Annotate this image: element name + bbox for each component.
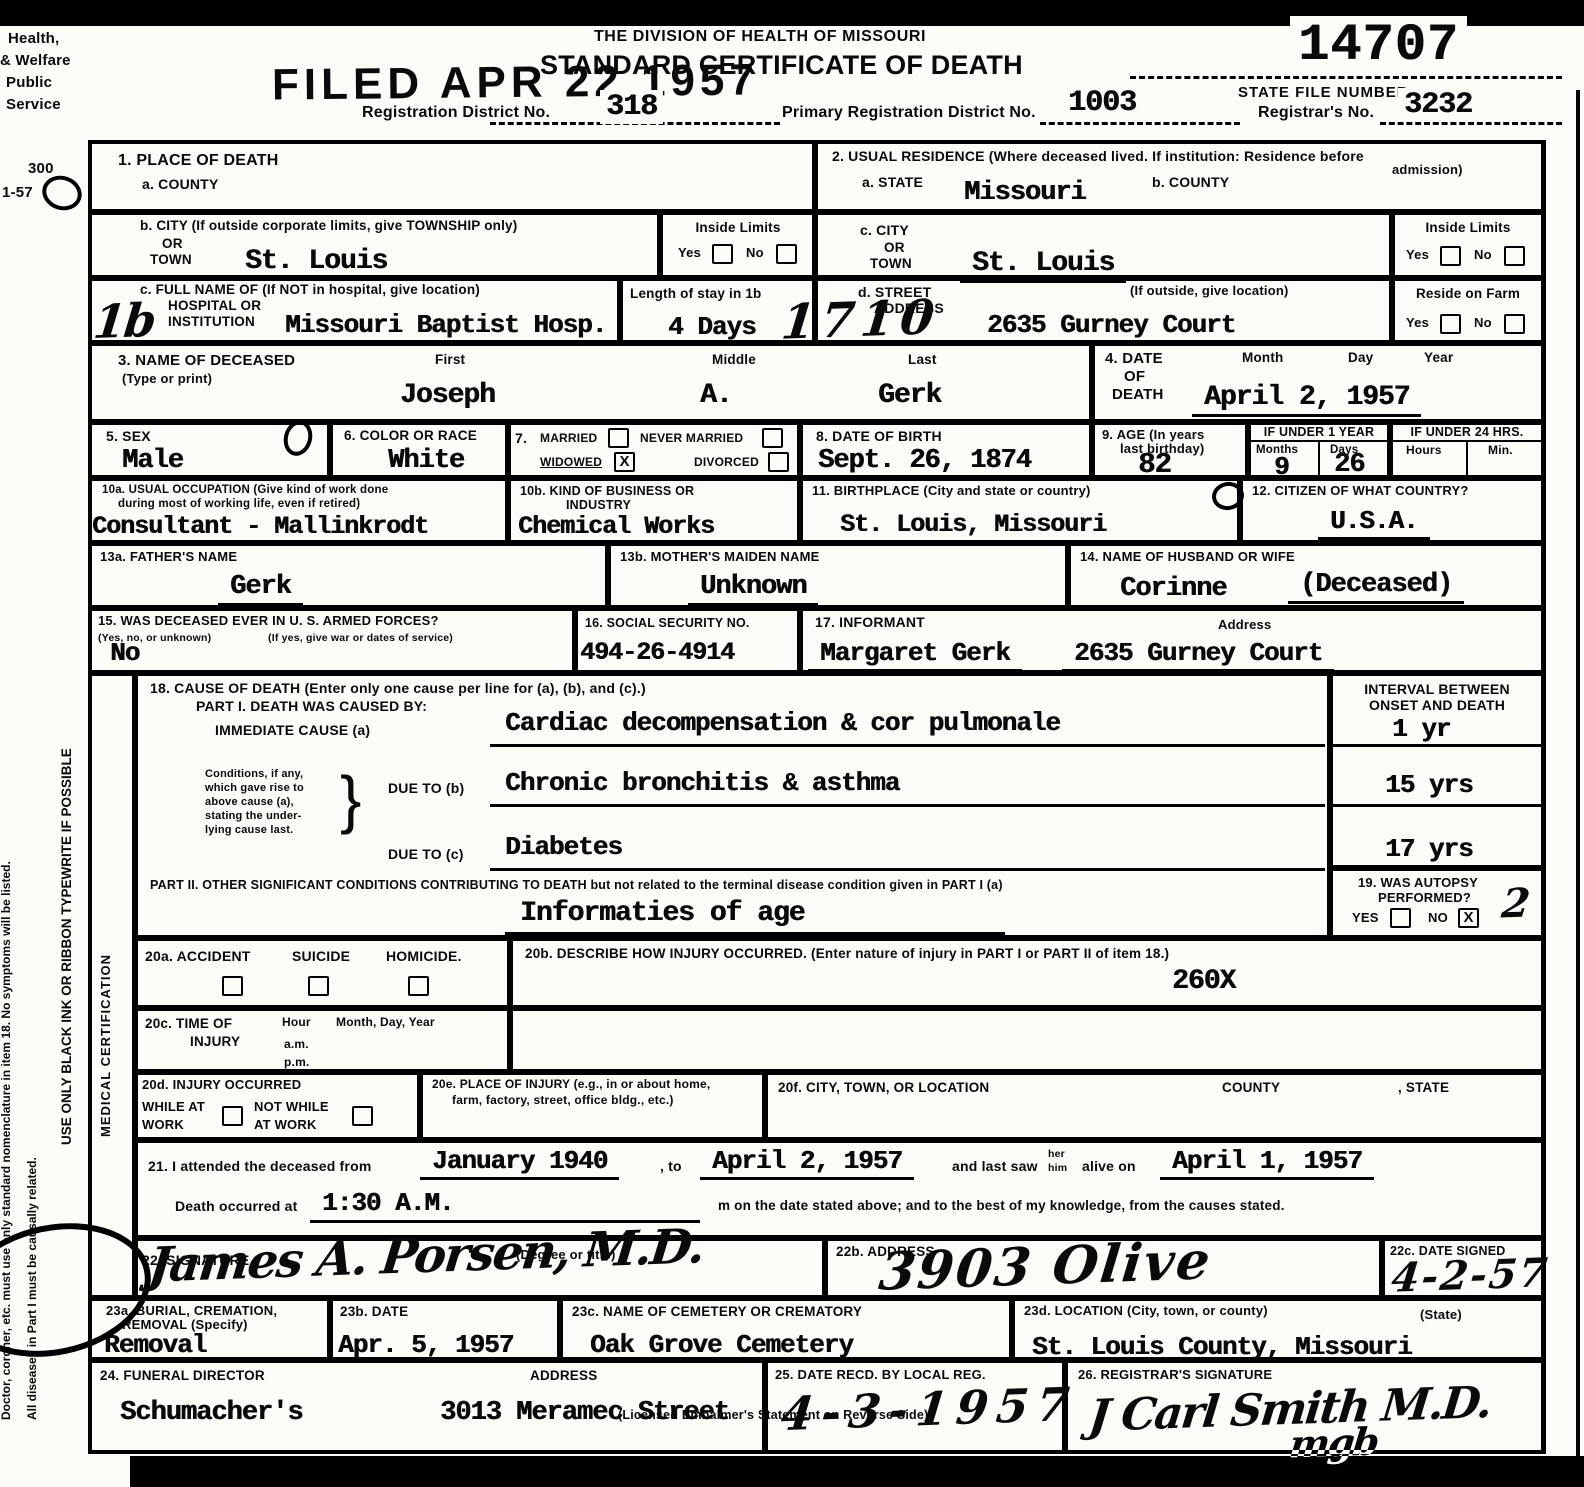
at-work-label: AT WORK [254,1118,317,1133]
hour-label: Hour [282,1016,311,1030]
last-saw-label: and last saw [952,1158,1038,1174]
length-of-stay-label: Length of stay in 1b [630,286,762,302]
interval-c-value: 17 yrs [1385,834,1473,864]
never-married-label: NEVER MARRIED [640,432,743,446]
primary-reg-label: Primary Registration District No. [782,104,1036,122]
residence-city-value: St. Louis [960,248,1126,283]
inside-limits-label: Inside Limits [672,220,804,236]
handwritten-1b: 1b [91,293,157,349]
county-label: a. COUNTY [142,176,218,192]
work-label: WORK [142,1118,184,1133]
attended-from-value: January 1940 [420,1146,619,1180]
yes-label-upper: YES [1352,911,1379,926]
age-value: 82 [1138,448,1171,481]
inside-limits-label-2: Inside Limits [1398,220,1538,236]
residence-limits-yes-checkbox [1440,246,1461,266]
cause-b-value: Chronic bronchitis & asthma [505,768,899,798]
not-while-label: NOT WHILE [254,1100,329,1115]
primary-reg-value: 1003 [1062,86,1142,120]
division-title: THE DIVISION OF HEALTH OF MISSOURI [560,28,960,46]
sex-value: Male [122,446,183,476]
month-label: Month [1242,350,1283,366]
due-to-b-label: DUE TO (b) [388,780,464,796]
middle-label: Middle [712,352,756,368]
homicide-checkbox [408,976,429,996]
town-label: TOWN [150,252,192,268]
cause-a-rule [490,744,1325,747]
name-of-deceased-label: 3. NAME OF DECEASED [118,352,295,369]
describe-injury-label: 20b. DESCRIBE HOW INJURY OCCURRED. (Ente… [525,946,1169,962]
widowed-checkbox-checked: X [614,452,635,472]
reg-district-value: 318 [600,90,663,124]
no-label: No [746,246,764,261]
date-signed-value: 4-2-57 [1389,1249,1551,1301]
burial-date-value: Apr. 5, 1957 [338,1330,513,1360]
conditions-note-1: Conditions, if any, [205,768,303,781]
inside-limits-yes-checkbox [712,244,733,264]
color-race-value: White [388,446,464,476]
registrar-no-label: Registrar's No. [1258,104,1374,122]
him-label: him [1048,1162,1067,1174]
part2-label: PART II. OTHER SIGNIFICANT CONDITIONS CO… [150,878,1003,892]
married-checkbox [608,428,629,448]
primary-reg-rule [1040,122,1240,125]
cause-a-value: Cardiac decompensation & cor pulmonale [505,708,1060,738]
conditions-note-2: which gave rise to [205,782,304,795]
industry-label2: INDUSTRY [566,498,631,512]
father-name-label: 13a. FATHER'S NAME [100,550,237,565]
usual-residence-title: 2. USUAL RESIDENCE (Where deceased lived… [832,148,1364,164]
ssn-label: 16. SOCIAL SECURITY NO. [585,616,750,630]
under1-divider-v [1318,440,1320,478]
spouse-deceased-note: (Deceased) [1288,570,1464,604]
autopsy-yes-checkbox [1390,908,1411,928]
form-code: 300 [28,160,54,177]
residence-county-label: b. COUNTY [1152,174,1229,190]
funeral-address-label: ADDRESS [530,1368,597,1384]
autopsy-label-1: 19. WAS AUTOPSY [1358,876,1478,891]
birthplace-value: St. Louis, Missouri [828,510,1118,543]
hospital-value: Missouri Baptist Hosp. [285,310,606,340]
residence-or-label: OR [884,240,905,256]
armed-forces-sub2: (If yes, give war or dates of service) [268,632,453,644]
informant-label: 17. INFORMANT [815,614,925,630]
father-name-value: Gerk [218,572,303,606]
yes-label: Yes [678,246,701,261]
industry-value: Chemical Works [518,512,714,541]
part2-rule [505,932,1005,935]
date-of-death-label2: OF [1124,368,1145,385]
funeral-director-label: 24. FUNERAL DIRECTOR [100,1368,265,1384]
burial-date-label: 23b. DATE [340,1304,408,1320]
date-of-birth-value: Sept. 26, 1874 [806,446,1043,480]
occupation-label: 10a. USUAL OCCUPATION (Give kind of work… [102,484,388,497]
city-label: b. CITY (If outside corporate limits, gi… [140,218,517,234]
hospital-label: c. FULL NAME OF (If NOT in hospital, giv… [140,282,480,298]
date-of-death-label3: DEATH [1112,386,1164,403]
last-alive-value: April 1, 1957 [1160,1146,1374,1180]
interval-a-rule [1333,744,1541,747]
farm-yes-checkbox [1440,314,1461,334]
middle-name-value: A. [700,380,732,411]
interval-label-1: INTERVAL BETWEEN [1336,681,1538,697]
under-1-year-label: IF UNDER 1 YEAR [1248,425,1390,439]
alive-on-label: alive on [1082,1158,1136,1174]
occupation-value: Consultant - Mallinkrodt [92,512,428,541]
interval-b-value: 15 yrs [1385,770,1473,800]
under-24-hrs-label: IF UNDER 24 HRS. [1390,425,1544,439]
cause-c-rule [490,868,1325,871]
reg-district-label: Registration District No. [362,104,550,122]
form-revision: 1-57 [2,184,33,201]
while-at-work-checkbox [222,1106,243,1126]
medical-certification-label: MEDICAL CERTIFICATION [99,880,113,1210]
funeral-director-value: Schumacher's [120,1398,302,1428]
conditions-note-3: above cause (a), [205,796,294,809]
industry-label: 10b. KIND OF BUSINESS OR [520,484,694,498]
color-race-label: 6. COLOR OR RACE [344,428,477,444]
file-number-rule [1130,76,1562,79]
registrar-signature-label: 26. REGISTRAR'S SIGNATURE [1078,1368,1272,1383]
informant-address-value: 2635 Gurney Court [1062,638,1334,672]
autopsy-no-checkbox-checked: X [1458,908,1479,928]
burial-value: Removal [104,1330,206,1360]
registrar-no-rule [1380,122,1562,125]
residence-limits-no-checkbox [1504,246,1525,266]
handwritten-1710: 1710 [779,289,943,350]
day-label: Day [1348,350,1373,366]
interval-label-2: ONSET AND DEATH [1336,697,1538,713]
signature-address-value: 3903 Olive [876,1230,1215,1303]
suicide-label: SUICIDE [292,948,350,964]
pm-label: p.m. [284,1056,309,1070]
place-of-injury-label2: farm, factory, street, office bldg., etc… [452,1094,674,1108]
cemetery-value: Oak Grove Cemetery [590,1330,853,1360]
hospital-underline [270,340,810,343]
yes-label: Yes [1406,316,1429,331]
embalmer-note: (Licensed Embalmer's Statement on Revers… [618,1408,928,1422]
ssn-value: 494-26-4914 [580,638,734,667]
months-value: 9 [1274,452,1289,482]
time-of-injury-label2: INJURY [190,1034,240,1050]
length-of-stay-value: 4 Days [668,312,756,342]
hospital-label2: HOSPITAL OR [168,298,261,314]
spouse-name-label: 14. NAME OF HUSBAND OR WIFE [1080,550,1295,565]
attended-pre-label: 21. I attended the deceased from [148,1158,371,1174]
not-while-at-work-checkbox [352,1106,373,1126]
street-address-value: 2635 Gurney Court [975,310,1247,344]
divorced-checkbox [768,452,789,472]
place-of-injury-label1: 20e. PLACE OF INJURY (e.g., in or about … [432,1078,710,1092]
informant-address-label: Address [1218,618,1271,633]
usual-residence-title2: admission) [1392,163,1463,178]
cause-of-death-label: 18. CAUSE OF DEATH (Enter only one cause… [150,680,646,696]
suicide-checkbox [308,976,329,996]
am-label: a.m. [284,1038,309,1052]
cause-b-rule [490,804,1325,807]
conditions-brace: } [340,762,361,836]
autopsy-label-2: PERFORMED? [1378,891,1471,906]
mother-name-value: Unknown [688,572,818,606]
farm-no-checkbox [1504,314,1525,334]
state-file-number: 14707 [1290,16,1467,75]
street-note: (If outside, give location) [1130,284,1289,299]
under24-divider-v [1466,440,1468,478]
hospital-label3: INSTITUTION [168,314,255,330]
while-at-label: WHILE AT [142,1100,205,1115]
year-label: Year [1424,350,1453,366]
attended-tail-label: m on the date stated above; and to the b… [718,1198,1285,1214]
handwritten-circle [38,171,87,216]
her-label: her [1048,1148,1065,1160]
agency-line: Public [6,74,52,91]
registrar-no-value: 3232 [1398,88,1478,122]
place-of-death-title: 1. PLACE OF DEATH [118,152,278,170]
scan-right-edge [1576,90,1580,1460]
agency-line: Health, [8,30,59,47]
yes-label: Yes [1406,248,1429,263]
last-label: Last [908,352,937,368]
date-of-birth-label: 8. DATE OF BIRTH [816,428,942,444]
reside-on-farm-label: Reside on Farm [1398,286,1538,302]
margin-note-ink: USE ONLY BLACK INK OR RIBBON TYPEWRITE I… [60,615,74,1145]
state-label: a. STATE [862,174,923,190]
interval-b-rule [1333,804,1541,807]
registrar-initials: mgb [1287,1418,1379,1466]
hours-label: Hours [1406,444,1442,458]
min-label: Min. [1488,444,1513,458]
no-label-upper: NO [1428,911,1448,926]
homicide-label: HOMICIDE. [386,948,462,964]
injury-state-label: , STATE [1398,1080,1449,1096]
due-to-c-label: DUE TO (c) [388,846,464,862]
injury-occurred-label: 20d. INJURY OCCURRED [142,1078,301,1093]
city-of-death-value: St. Louis [245,246,387,277]
certificate-title: STANDARD CERTIFICATE OF DEATH [540,50,980,81]
cemetery-location-label: 23d. LOCATION (City, town, or county) [1024,1304,1268,1319]
date-of-death-value: April 2, 1957 [1192,382,1421,417]
mother-name-label: 13b. MOTHER'S MAIDEN NAME [620,550,820,565]
married-label: MARRIED [540,432,597,446]
time-of-injury-label1: 20c. TIME OF [145,1016,232,1032]
birthplace-label: 11. BIRTHPLACE (City and state or countr… [812,484,1091,499]
agency-line: Service [6,96,61,113]
divorced-label: DIVORCED [694,456,759,470]
first-label: First [435,352,465,368]
attended-to-value: April 2, 1957 [700,1146,914,1180]
no-label: No [1474,316,1492,331]
state-file-number-label: STATE FILE NUMBER [1238,84,1409,101]
death-occurred-label: Death occurred at [175,1198,297,1214]
citizen-label: 12. CITIZEN OF WHAT COUNTRY? [1252,484,1468,499]
citizen-value: U.S.A. [1318,506,1430,540]
armed-forces-value: No [110,638,139,668]
widowed-label: WIDOWED [540,456,602,470]
part1-label: PART I. DEATH WAS CAUSED BY: [196,698,427,714]
immediate-cause-label: IMMEDIATE CAUSE (a) [215,722,370,738]
accident-label: 20a. ACCIDENT [145,948,251,964]
cause-c-value: Diabetes [505,832,622,862]
armed-forces-label: 15. WAS DECEASED EVER IN U. S. ARMED FOR… [98,614,439,629]
never-married-checkbox [762,428,783,448]
interval-a-value: 1 yr [1392,714,1450,744]
residence-town-label: TOWN [870,256,912,272]
accident-checkbox [222,976,243,996]
state-value: Missouri [952,178,1098,212]
attended-to-label: , to [660,1158,682,1174]
or-label: OR [162,236,183,252]
sex-label: 5. SEX [106,428,151,444]
part2-value: Informaties of age [520,898,804,929]
injury-city-label: 20f. CITY, TOWN, OR LOCATION [778,1080,989,1096]
days-value: 26 [1334,450,1364,480]
cemetery-location-value: St. Louis County, Missouri [1032,1332,1412,1362]
no-label: No [1474,248,1492,263]
last-name-value: Gerk [878,380,941,411]
death-certificate-scan: Health, & Welfare Public Service 300 1-5… [0,0,1584,1487]
death-time-value: 1:30 A.M. [322,1188,453,1218]
conditions-note-4: stating the under- [205,810,302,823]
date-of-death-label1: 4. DATE [1105,350,1163,367]
informant-value: Margaret Gerk [808,638,1022,672]
inside-limits-no-checkbox [776,244,797,264]
type-or-print-label: (Type or print) [122,372,212,387]
first-name-value: Joseph [400,380,495,411]
mdy-label: Month, Day, Year [336,1016,435,1030]
spouse-name-value: Corinne [1108,574,1238,608]
occupation-label2: during most of working life, even if ret… [118,498,360,511]
describe-injury-value: 260X [1172,966,1235,997]
residence-city-label: c. CITY [860,222,909,238]
state-sub-label: (State) [1420,1308,1462,1323]
injury-county-label: COUNTY [1222,1080,1280,1096]
handwritten-2: 2 [1499,880,1530,928]
marital-number: 7. [515,430,527,446]
cemetery-label: 23c. NAME OF CEMETERY OR CREMATORY [572,1304,862,1320]
agency-line: & Welfare [0,52,71,69]
cell-blank [510,1008,1544,1072]
conditions-note-5: lying cause last. [205,824,293,837]
